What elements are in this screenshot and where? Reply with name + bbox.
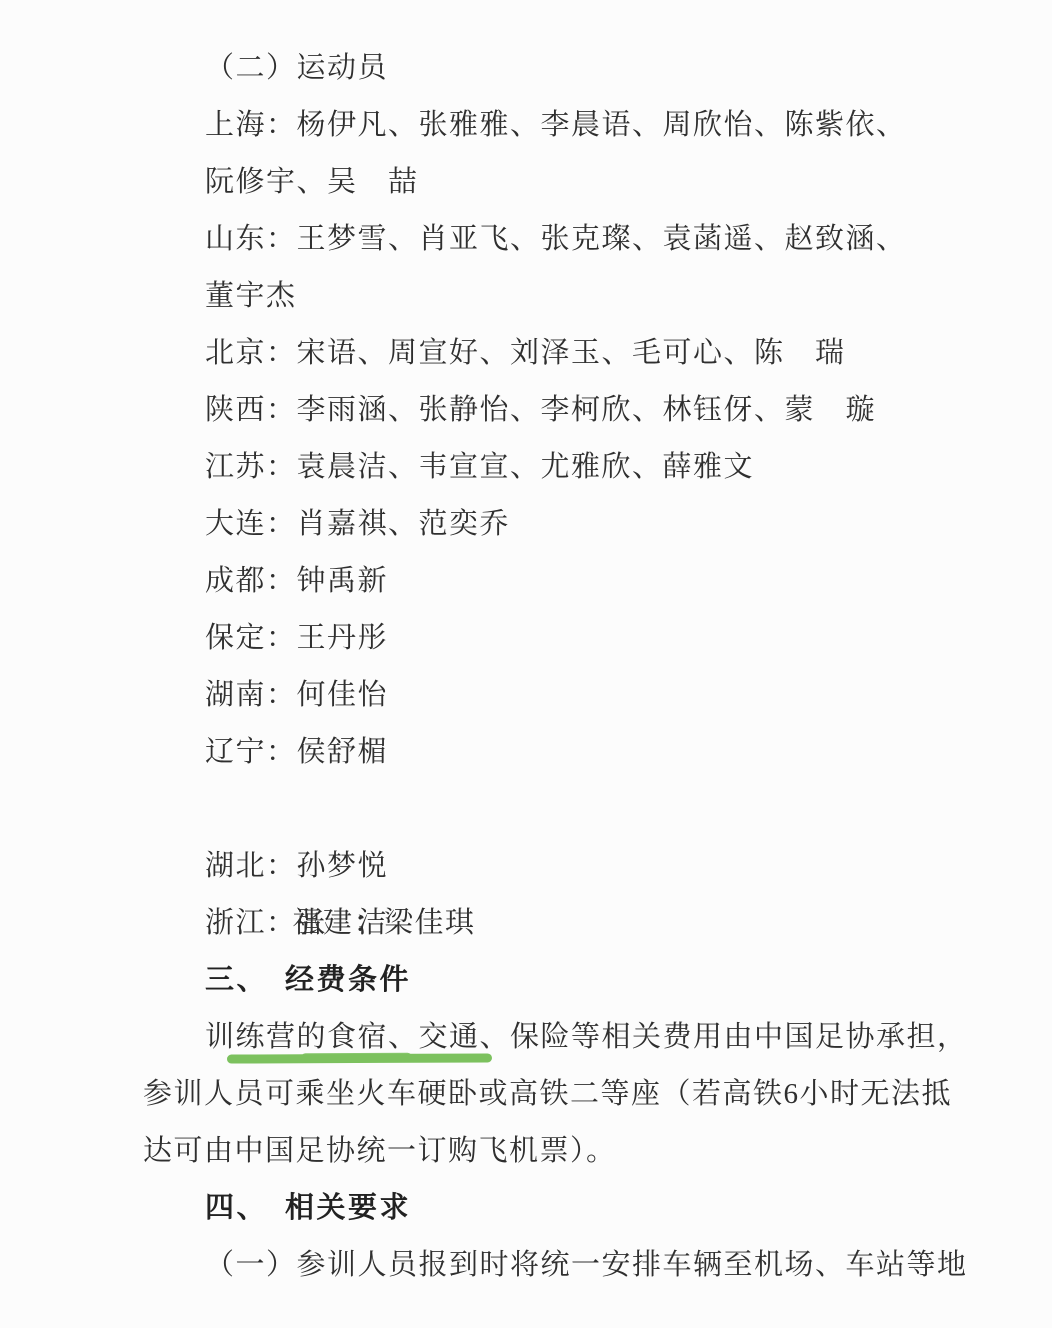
highlighted-text: 福建：梁佳琪 bbox=[240, 838, 476, 1066]
athlete-line-fujian: 福建：梁佳琪 bbox=[205, 781, 952, 838]
athlete-line-dalian: 大连：肖嘉祺、范奕乔 bbox=[205, 496, 952, 553]
athlete-line-shanghai: 上海：杨伊凡、张雅雅、李晨语、周欣怡、陈紫依、 bbox=[205, 97, 952, 154]
athlete-line-shandong-cont: 董宇杰 bbox=[205, 268, 952, 325]
athlete-line-fujian-text: 福建：梁佳琪 bbox=[293, 907, 476, 939]
athlete-line-shanghai-cont: 阮修宇、吴 喆 bbox=[205, 154, 952, 211]
document-page: （二）运动员 上海：杨伊凡、张雅雅、李晨语、周欣怡、陈紫依、 阮修宇、吴 喆 山… bbox=[0, 0, 1052, 1328]
athlete-line-chengdu: 成都：钟禹新 bbox=[205, 553, 952, 610]
green-underline-marker bbox=[227, 1053, 492, 1063]
athlete-line-liaoning: 辽宁：侯舒楣 bbox=[205, 724, 952, 781]
requirements-item-1: （一）参训人员报到时将统一安排车辆至机场、车站等地 bbox=[205, 1237, 952, 1294]
athlete-line-beijing: 北京：宋语、周宣好、刘泽玉、毛可心、陈 瑞 bbox=[205, 325, 952, 382]
funding-paragraph-line-3: 达可由中国足协统一订购飞机票）。 bbox=[143, 1123, 952, 1180]
athlete-line-baoding: 保定：王丹彤 bbox=[205, 610, 952, 667]
athlete-line-shaanxi: 陕西：李雨涵、张静怡、李柯欣、林钰伢、蒙 璇 bbox=[205, 382, 952, 439]
subsection-title: （二）运动员 bbox=[205, 40, 952, 97]
athlete-line-hunan: 湖南：何佳怡 bbox=[205, 667, 952, 724]
athlete-line-shandong: 山东：王梦雪、肖亚飞、张克璨、袁菡遥、赵致涵、 bbox=[205, 211, 952, 268]
athlete-line-jiangsu: 江苏：袁晨洁、韦宣宣、尤雅欣、薛雅文 bbox=[205, 439, 952, 496]
funding-paragraph-line-2: 参训人员可乘坐火车硬卧或高铁二等座（若高铁6小时无法抵 bbox=[143, 1066, 952, 1123]
section-heading-requirements: 四、 相关要求 bbox=[205, 1180, 952, 1237]
